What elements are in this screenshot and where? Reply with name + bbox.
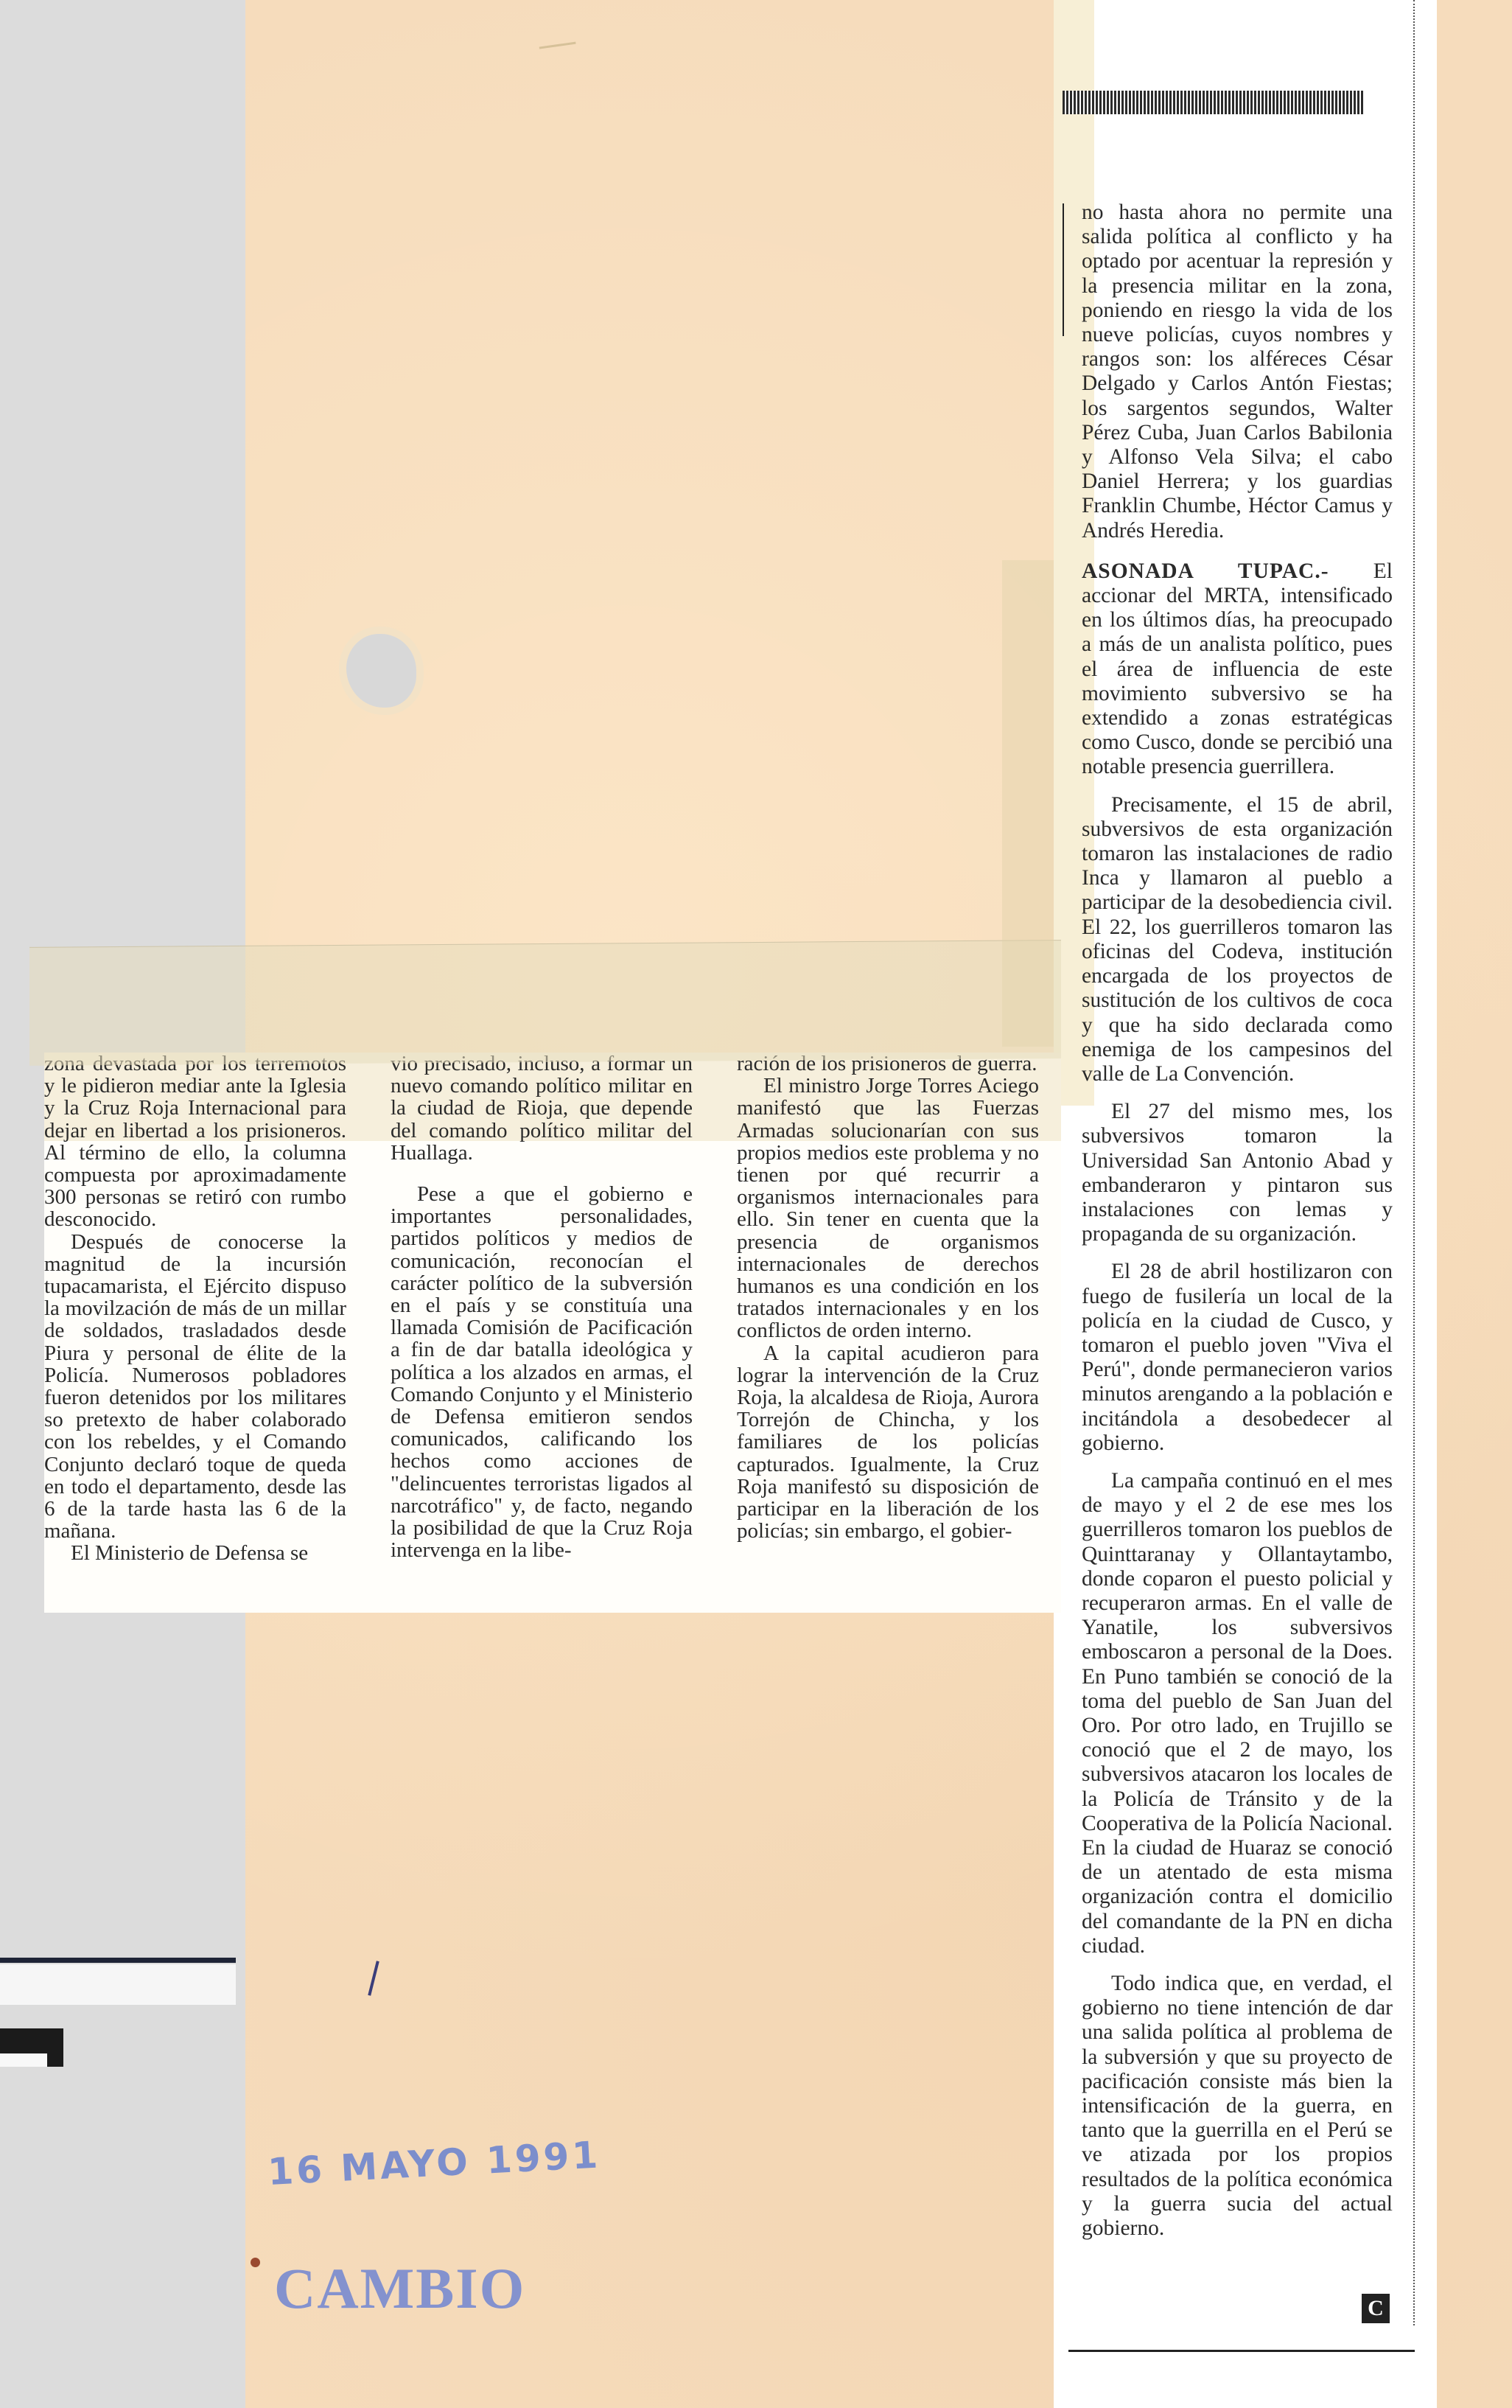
stain-dot [251, 2258, 260, 2267]
article-paragraph: Precisamente, el 15 de abril, subversivo… [1082, 793, 1393, 1086]
article-paragraph: no hasta ahora no permite una salida pol… [1082, 200, 1393, 543]
frame-line-bottom [1068, 2350, 1415, 2352]
article-paragraph: El 28 de abril hostilizaron con fuego de… [1082, 1260, 1393, 1456]
end-of-article-mark: C [1362, 2294, 1390, 2323]
article-column-2: vio precisado, incluso, a formar un nuev… [391, 1053, 693, 1561]
kicker-text: El accionar del MRTA, intensificado en l… [1082, 559, 1393, 779]
article-paragraph: vio precisado, incluso, a formar un nuev… [391, 1053, 693, 1164]
scanner-rule [0, 1958, 236, 1963]
adhesive-tape [29, 940, 1061, 1066]
article-paragraph: A la capital acudieron para lograr la in… [737, 1342, 1039, 1543]
middle-clipping: zona devastada por los terremotos y le p… [44, 1053, 1061, 1613]
article-paragraph: El 27 del mismo mes, los subversivos tom… [1082, 1100, 1393, 1246]
right-clipping: no hasta ahora no permite una salida pol… [1054, 0, 1437, 2408]
article-paragraph: Pese a que el gobierno e importantes per… [391, 1183, 693, 1561]
article-paragraph: El ministro Jorge Torres Aciego manifest… [737, 1075, 1039, 1341]
article-paragraph: Todo indica que, en verdad, el gobierno … [1082, 1972, 1393, 2241]
frame-line-left [1063, 203, 1064, 336]
decorative-rule [1063, 91, 1363, 114]
article-column-1: zona devastada por los terremotos y le p… [44, 1053, 346, 1565]
tear-mark [539, 42, 578, 64]
frame-line-right [1413, 0, 1416, 2325]
adhesive-tape-edge [1002, 560, 1054, 1047]
article-column-3: ración de los prisioneros de guerra. El … [737, 1053, 1039, 1542]
scanner-block-inner [0, 2053, 47, 2067]
article-paragraph: zona devastada por los terremotos y le p… [44, 1053, 346, 1231]
section-kicker: ASONADA TUPAC.- [1082, 559, 1329, 583]
article-paragraph: Después de conocerse la magnitud de la i… [44, 1231, 346, 1543]
publication-stamp: CAMBIO [274, 2255, 525, 2322]
right-article-column: no hasta ahora no permite una salida pol… [1082, 200, 1393, 2241]
article-paragraph-kicker: ASONADA TUPAC.- El accionar del MRTA, in… [1082, 559, 1393, 780]
article-paragraph: La campaña continuó en el mes de mayo y … [1082, 1469, 1393, 1958]
scanner-strip [0, 1964, 236, 2005]
article-paragraph: El Ministerio de Defensa se [44, 1542, 346, 1564]
